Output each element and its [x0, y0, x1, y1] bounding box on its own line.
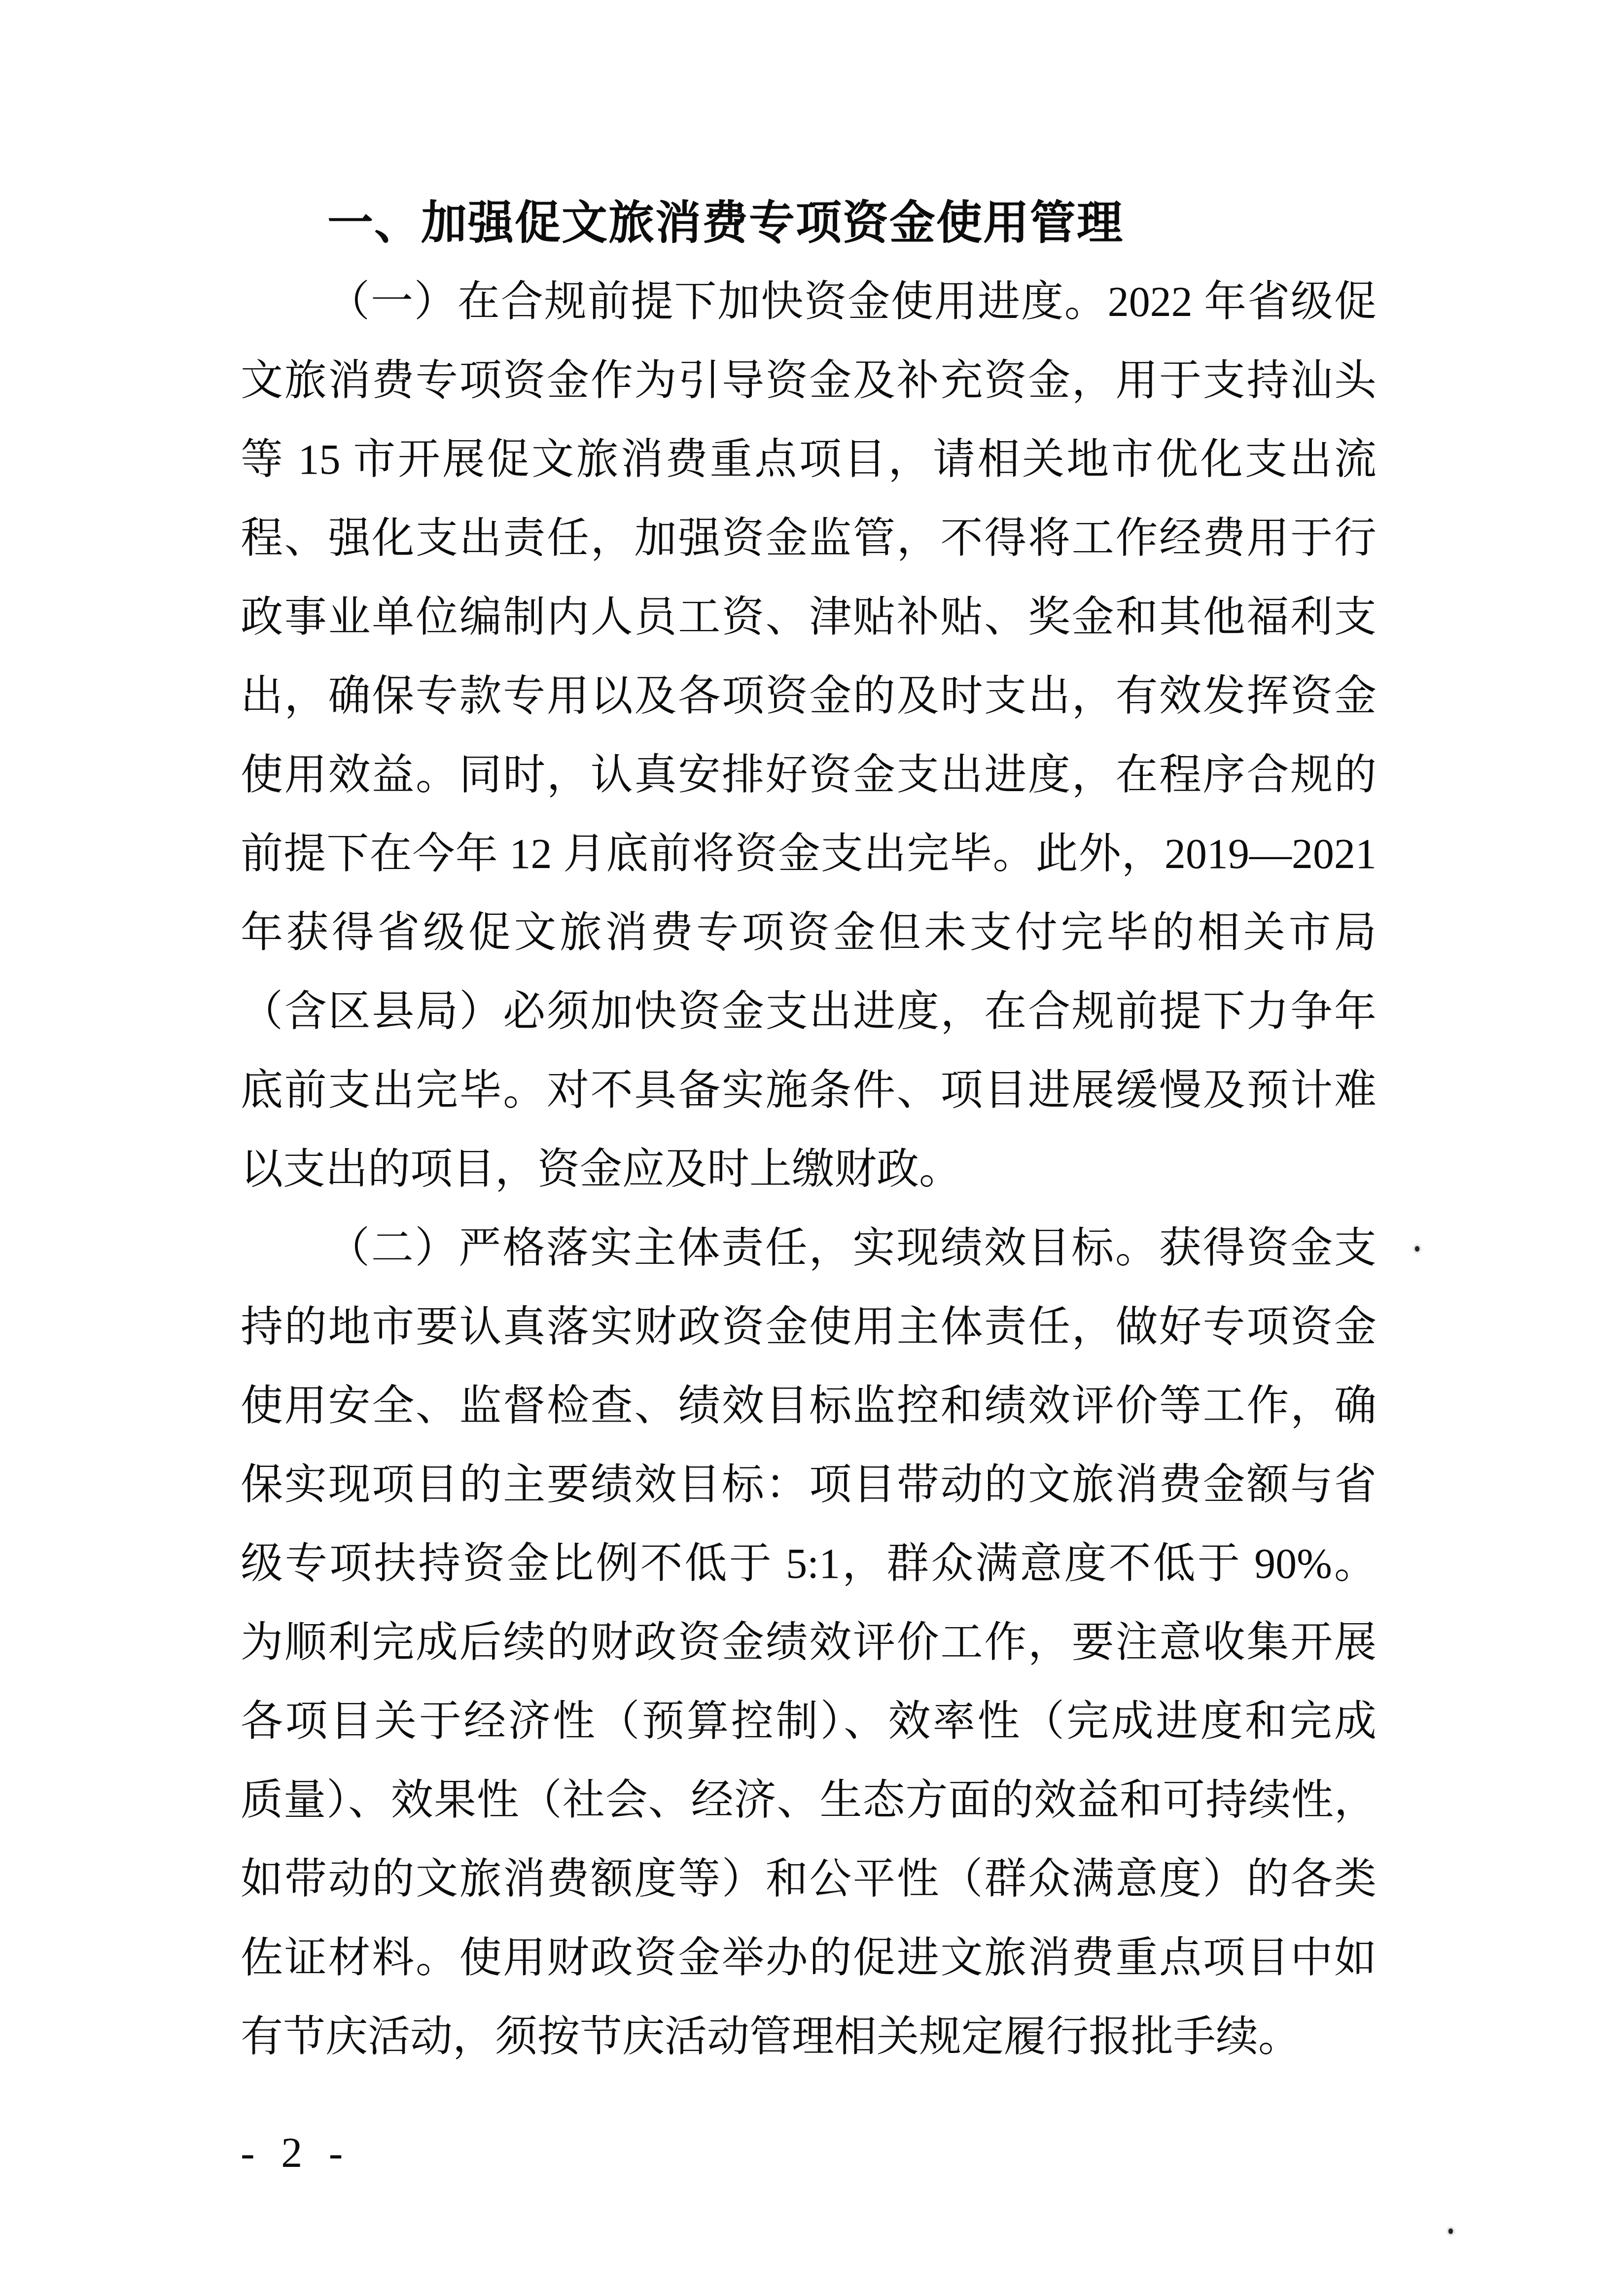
section-heading: 一、加强促文旅消费专项资金使用管理	[241, 183, 1376, 262]
text-line: 如带动的文旅消费额度等）和公平性（群众满意度）的各类	[241, 1840, 1376, 1918]
document-page: 一、加强促文旅消费专项资金使用管理（一）在合规前提下加快资金使用进度。2022 …	[0, 0, 1623, 2296]
text-line: 政事业单位编制内人员工资、津贴补贴、奖金和其他福利支	[241, 578, 1376, 657]
text-line: 出，确保专款专用以及各项资金的及时支出，有效发挥资金	[241, 657, 1376, 735]
text-line: 程、强化支出责任，加强资金监管，不得将工作经费用于行	[241, 499, 1376, 578]
text-line: 以支出的项目，资金应及时上缴财政。	[241, 1130, 1376, 1209]
text-line: 底前支出完毕。对不具备实施条件、项目进展缓慢及预计难	[241, 1051, 1376, 1130]
text-line: 文旅消费专项资金作为引导资金及补充资金，用于支持汕头	[241, 341, 1376, 420]
page-number: - 2 -	[241, 2121, 351, 2185]
text-line: 使用安全、监督检查、绩效目标监控和绩效评价等工作，确	[241, 1366, 1376, 1445]
text-line: 等 15 市开展促文旅消费重点项目，请相关地市优化支出流	[241, 420, 1376, 499]
scan-speck	[1448, 2228, 1453, 2234]
text-line: 为顺利完成后续的财政资金绩效评价工作，要注意收集开展	[241, 1603, 1376, 1682]
text-line: 质量）、效果性（社会、经济、生态方面的效益和可持续性，	[241, 1761, 1376, 1840]
text-line: （二）严格落实主体责任，实现绩效目标。获得资金支	[241, 1209, 1376, 1287]
text-line: 前提下在今年 12 月底前将资金支出完毕。此外，2019—2021	[241, 814, 1376, 893]
text-line: 使用效益。同时，认真安排好资金支出进度，在程序合规的	[241, 735, 1376, 814]
scan-speck	[1415, 1246, 1419, 1252]
text-line: 保实现项目的主要绩效目标：项目带动的文旅消费金额与省	[241, 1445, 1376, 1524]
text-line: 级专项扶持资金比例不低于 5:1，群众满意度不低于 90%。	[241, 1524, 1376, 1603]
text-line: （含区县局）必须加快资金支出进度，在合规前提下力争年	[241, 972, 1376, 1051]
text-line: 佐证材料。使用财政资金举办的促进文旅消费重点项目中如	[241, 1918, 1376, 1997]
text-line: 有节庆活动，须按节庆活动管理相关规定履行报批手续。	[241, 1997, 1376, 2076]
text-line: 年获得省级促文旅消费专项资金但未支付完毕的相关市局	[241, 893, 1376, 972]
document-body: 一、加强促文旅消费专项资金使用管理（一）在合规前提下加快资金使用进度。2022 …	[241, 183, 1376, 2076]
text-line: 持的地市要认真落实财政资金使用主体责任，做好专项资金	[241, 1287, 1376, 1366]
text-line: （一）在合规前提下加快资金使用进度。2022 年省级促	[241, 262, 1376, 341]
text-line: 各项目关于经济性（预算控制）、效率性（完成进度和完成	[241, 1682, 1376, 1761]
